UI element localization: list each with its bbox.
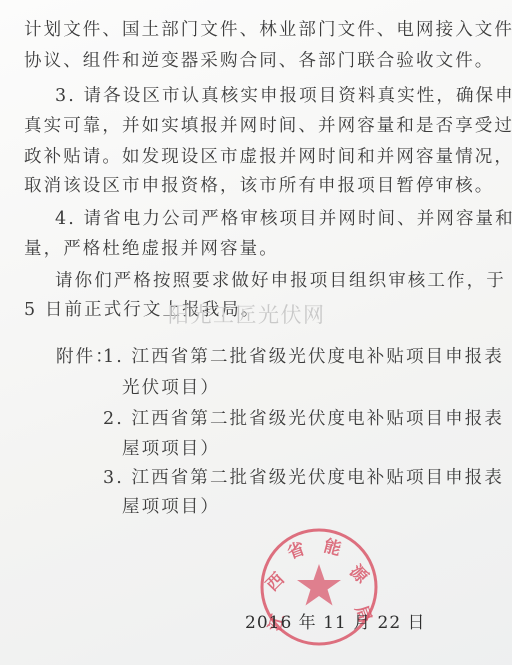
paragraph-line: 3. 请各设区市认真核实申报项目资料真实性，确保申报项目	[55, 86, 512, 106]
attachment-item-3: 3. 江西省第二批省级光伏度电补贴项目申报表（居民	[103, 468, 512, 488]
attachment-item-1: 1. 江西省第二批省级光伏度电补贴项目申报表（地面	[103, 347, 512, 367]
paragraph-line: 真实可靠，并如实填报并网时间、并网容量和是否享受过其他财	[24, 116, 512, 136]
seal-char: 西	[262, 569, 288, 595]
attachment-item-2: 2. 江西省第二批省级光伏度电补贴项目申报表（企业	[103, 409, 512, 429]
document-page: 计划文件、国土部门文件、林业部门文件、电网接入文件、并网 协议、组件和逆变器采购…	[0, 0, 512, 665]
paragraph-line: 请你们严格按照要求做好申报项目组织审核工作，于 12 月	[55, 271, 512, 291]
attachment-item-3-cont: 屋项项目）	[122, 497, 220, 517]
seal-char: 能	[321, 535, 343, 560]
paragraph-line: 量，严格杜绝虚报并网容量。	[24, 239, 279, 259]
paragraph-line: 政补贴请。如发现设区市虚报并网时间和并网容量情况，我局将	[24, 147, 512, 167]
attachment-item-2-cont: 屋项项目）	[122, 439, 220, 459]
paragraph-line: 计划文件、国土部门文件、林业部门文件、电网接入文件、并网	[24, 20, 512, 40]
paragraph-line: 4. 请省电力公司严格审核项目并网时间、并网容量和所发电	[55, 209, 512, 229]
document-date: 2016 年 11 月 22 日	[245, 608, 426, 633]
attachment-item-1-cont: 光伏项目）	[122, 378, 220, 398]
seal-char: 省	[285, 538, 308, 564]
watermark: 阳光工匠光伏网	[168, 299, 326, 329]
paragraph-line: 协议、组件和逆变器采购合同、各部门联合验收文件。	[24, 51, 494, 71]
paragraph-line: 取消该设区市申报资格，该市所有申报项目暂停审核。	[24, 176, 494, 196]
seal-char: 源	[345, 561, 373, 589]
